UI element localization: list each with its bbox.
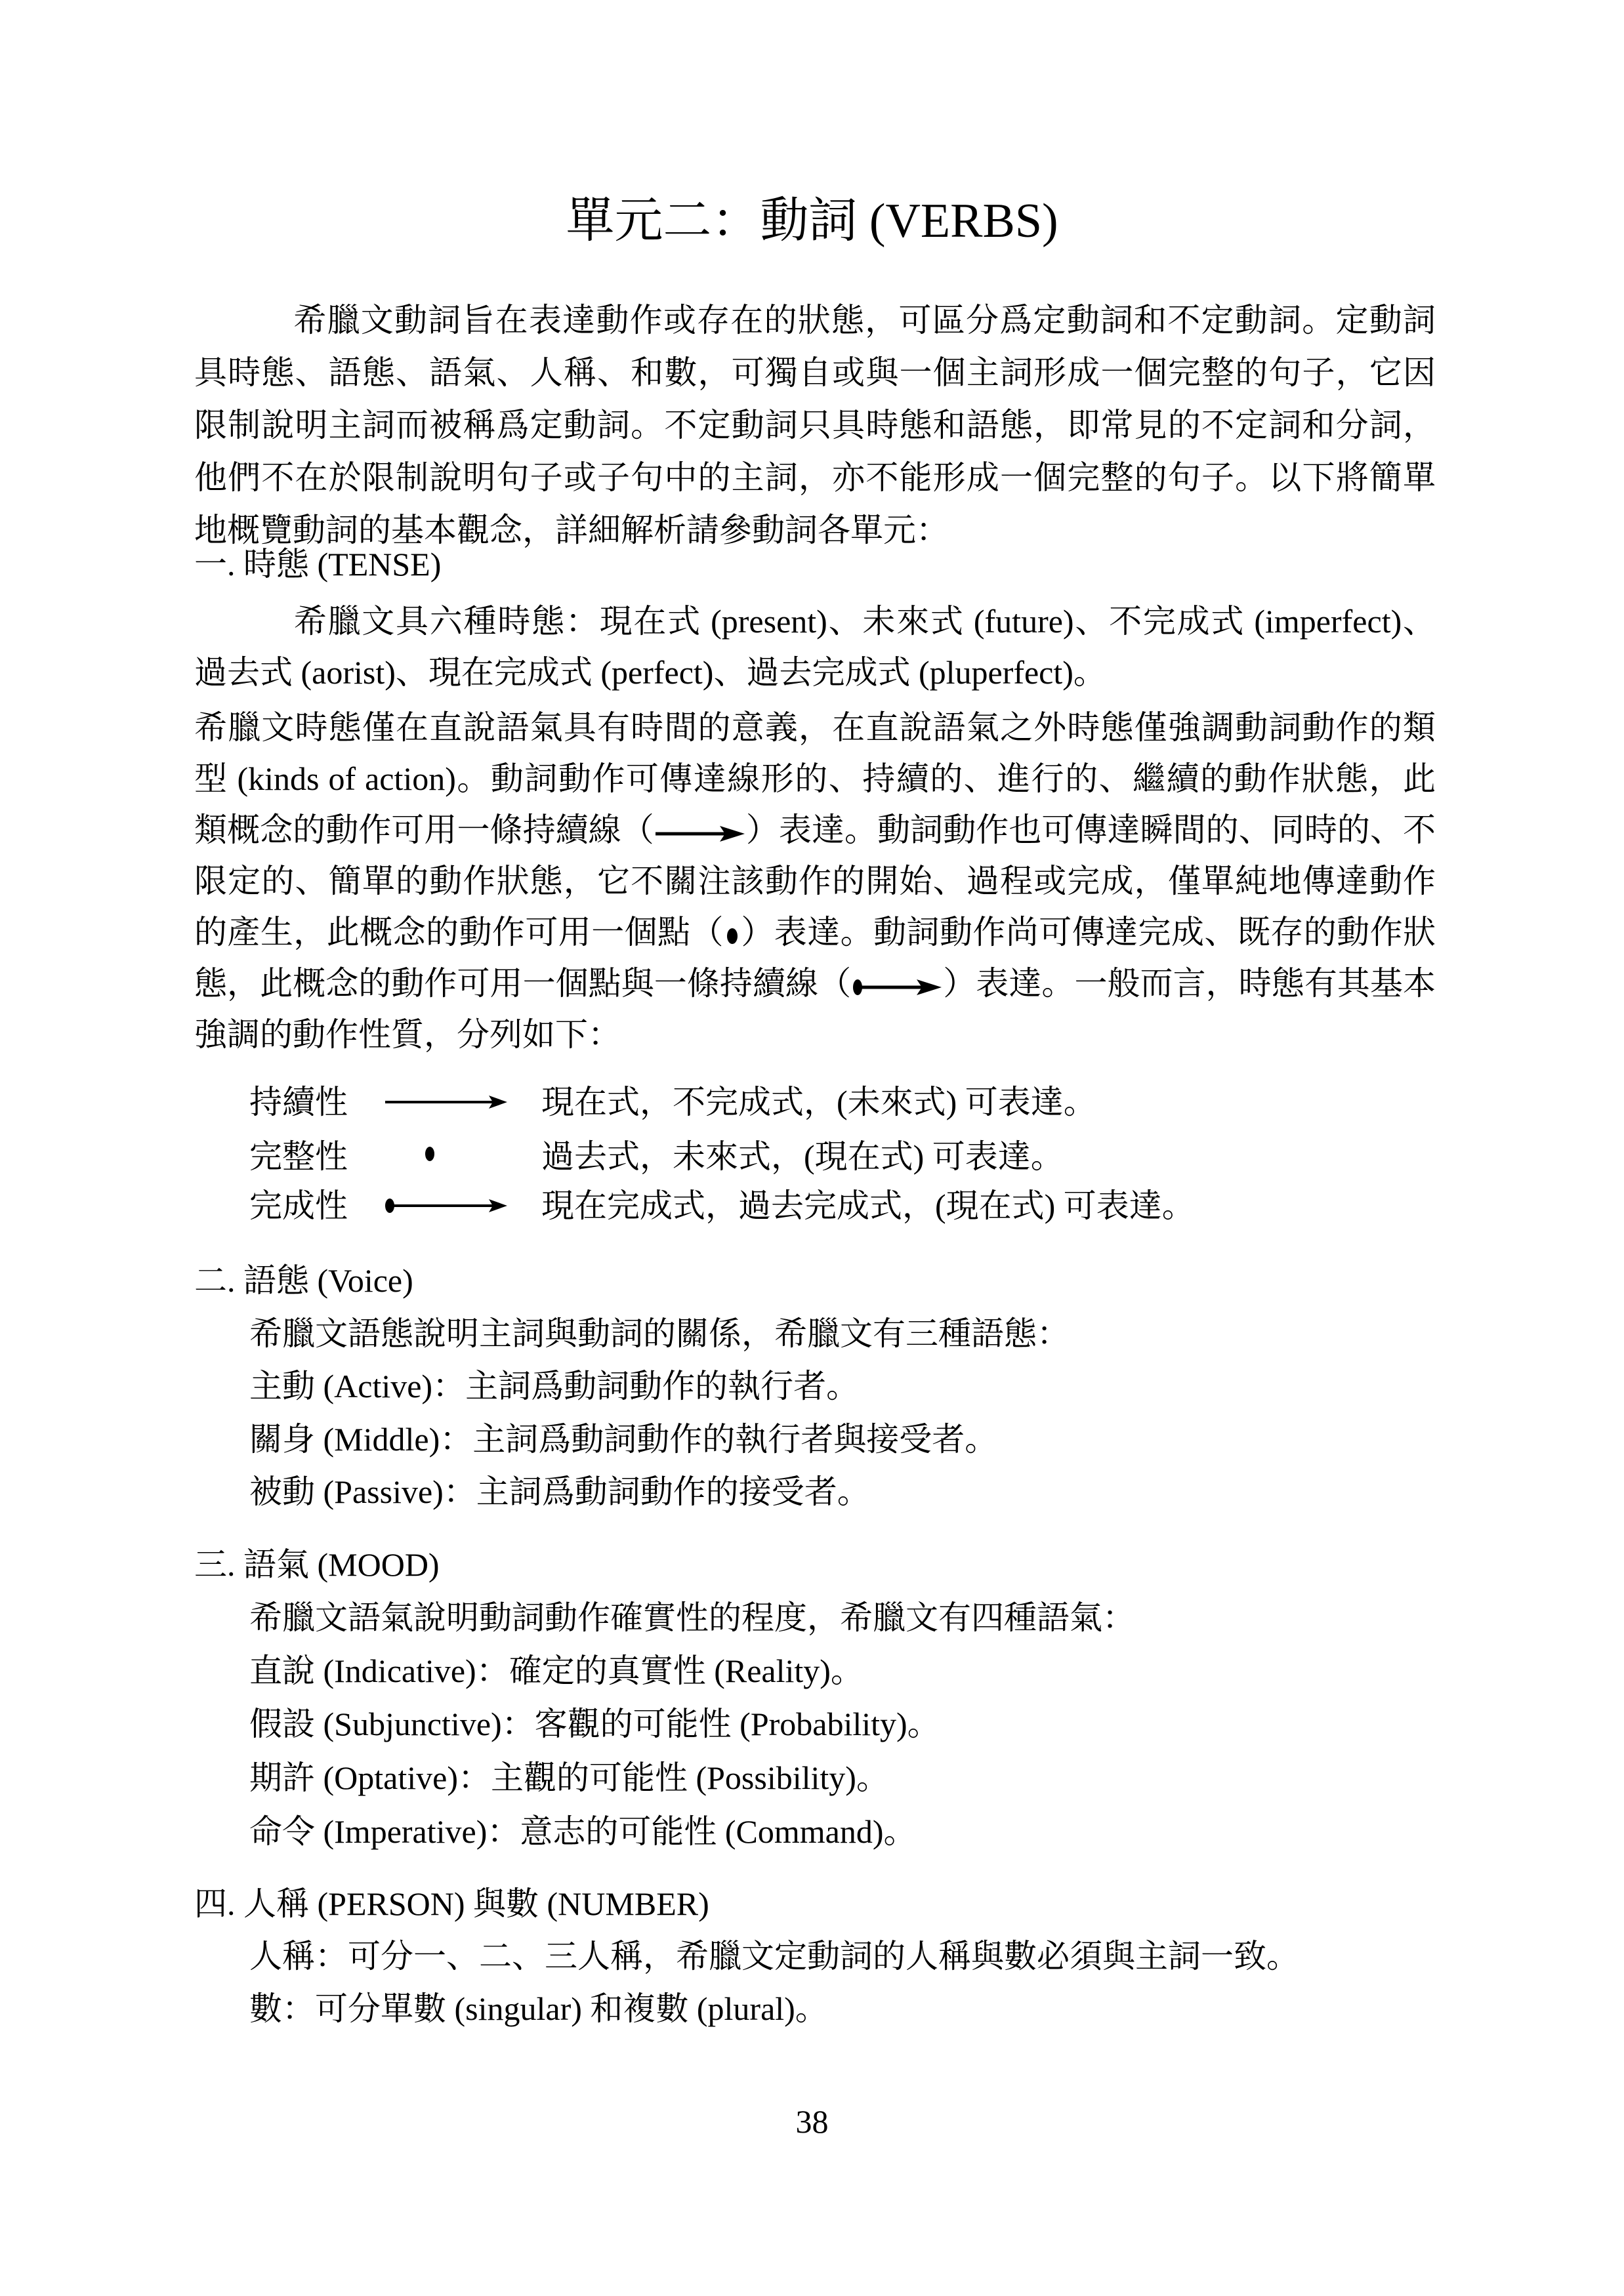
page-number: 38 [0,2102,1624,2141]
aspect-label: 持續性 [249,1082,348,1122]
dot-line-arrow-icon [384,1194,509,1218]
aspect-desc: 過去式，未來式，(現在式) 可表達。 [541,1137,1064,1176]
number-line: 數：可分單數 (singular) 和複數 (plural)。 [249,1989,828,2028]
section-heading-tense: 一. 時態 (TENSE) [194,544,441,584]
tense-para1-text: 希臘文具六種時態：現在式 (present)、未來式 (future)、不完成式… [194,603,1436,691]
voice-line-passive: 被動 (Passive)：主詞爲動詞動作的接受者。 [249,1472,870,1511]
section-heading-person-number: 四. 人稱 (PERSON) 與數 (NUMBER) [194,1884,709,1923]
mood-line-imperative: 命令 (Imperative)：意志的可能性 (Command)。 [249,1812,916,1851]
dot-icon [384,1145,509,1168]
intro-paragraph: 希臘文動詞旨在表達動作或存在的狀態，可區分爲定動詞和不定動詞。定動詞具時態、語態… [194,294,1436,556]
aspect-label: 完整性 [249,1137,348,1176]
person-line: 人稱：可分一、二、三人稱，希臘文定動詞的人稱與數必須與主詞一致。 [249,1937,1299,1976]
aspect-desc: 現在完成式，過去完成式，(現在式) 可表達。 [541,1186,1195,1225]
mood-line-subjunctive: 假設 (Subjunctive)：客觀的可能性 (Probability)。 [249,1704,940,1744]
voice-line: 希臘文語態說明主詞與動詞的關係，希臘文有三種語態： [249,1314,1070,1353]
continuous-line-arrow-icon [654,824,746,844]
point-dot-icon [724,925,741,947]
dot-line-arrow-icon [851,976,943,998]
intro-text: 希臘文動詞旨在表達動作或存在的狀態，可區分爲定動詞和不定動詞。定動詞具時態、語態… [194,302,1436,548]
line-arrow-icon [384,1090,509,1114]
mood-line: 希臘文語氣說明動詞動作確實性的程度，希臘文有四種語氣： [249,1598,1135,1637]
document-page: 單元二：動詞 (VERBS) 希臘文動詞旨在表達動作或存在的狀態，可區分爲定動詞… [0,0,1624,2296]
tense-paragraph-1: 希臘文具六種時態：現在式 (present)、未來式 (future)、不完成式… [194,596,1436,698]
section-heading-voice: 二. 語態 (Voice) [194,1261,413,1300]
voice-line-active: 主動 (Active)：主詞爲動詞動作的執行者。 [249,1366,859,1406]
mood-line-indicative: 直說 (Indicative)：確定的真實性 (Reality)。 [249,1651,864,1691]
aspect-desc: 現在式，不完成式，(未來式) 可表達。 [541,1082,1096,1122]
aspect-label: 完成性 [249,1186,348,1225]
mood-line-optative: 期許 (Optative)：主觀的可能性 (Possibility)。 [249,1758,889,1797]
section-heading-mood: 三. 語氣 (MOOD) [194,1545,440,1584]
page-title: 單元二：動詞 (VERBS) [0,192,1624,251]
tense-paragraph-2: 希臘文時態僅在直說語氣具有時間的意義，在直說語氣之外時態僅強調動詞動作的類型 (… [194,702,1436,1060]
voice-line-middle: 關身 (Middle)：主詞爲動詞動作的執行者與接受者。 [249,1420,997,1459]
